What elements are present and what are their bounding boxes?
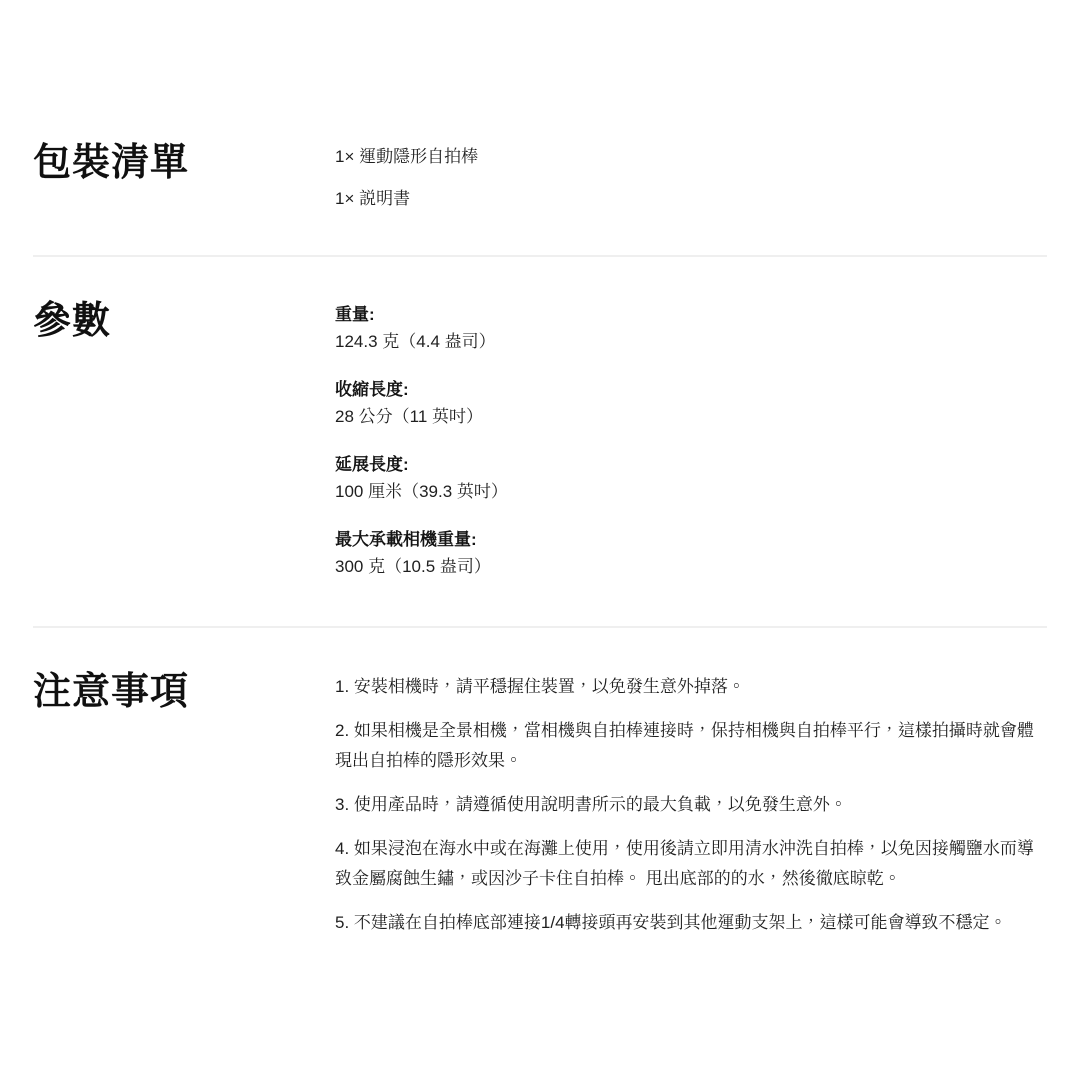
param-label: 重量: xyxy=(335,301,1047,328)
param-label: 收縮長度: xyxy=(335,376,1047,403)
param-value: 28 公分（11 英吋） xyxy=(335,403,1047,430)
packing-item: 1× 説明書 xyxy=(335,189,1047,209)
param-value: 124.3 克（4.4 盎司） xyxy=(335,328,1047,355)
param-weight: 重量: 124.3 克（4.4 盎司） xyxy=(335,301,1047,355)
param-label: 延展長度: xyxy=(335,451,1047,478)
parameters-heading: 參數 xyxy=(33,301,335,580)
packing-list: 1× 運動隱形自拍棒 1× 説明書 xyxy=(335,143,1047,209)
param-label: 最大承載相機重量: xyxy=(335,526,1047,553)
note-item: 2. 如果相機是全景相機，當相機與自拍棒連接時，保持相機與自拍棒平行，這樣拍攝時… xyxy=(335,716,1047,776)
packing-list-heading: 包裝清單 xyxy=(33,143,335,209)
param-value: 300 克（10.5 盎司） xyxy=(335,553,1047,580)
note-item: 5. 不建議在自拍棒底部連接1/4轉接頭再安裝到其他運動支架上，這樣可能會導致不… xyxy=(335,908,1047,938)
notes-list: 1. 安裝相機時，請平穩握住裝置，以免發生意外掉落。 2. 如果相機是全景相機，… xyxy=(335,672,1047,938)
note-item: 1. 安裝相機時，請平穩握住裝置，以免發生意外掉落。 xyxy=(335,672,1047,702)
param-max-camera-weight: 最大承載相機重量: 300 克（10.5 盎司） xyxy=(335,526,1047,580)
section-packing-list: 包裝清單 1× 運動隱形自拍棒 1× 説明書 xyxy=(33,143,1047,255)
section-notes: 注意事項 1. 安裝相機時，請平穩握住裝置，以免發生意外掉落。 2. 如果相機是… xyxy=(33,628,1047,984)
product-spec-page: { "page": { "background": "#ffffff", "te… xyxy=(0,0,1080,1080)
note-item: 4. 如果浸泡在海水中或在海灘上使用，使用後請立即用清水沖洗自拍棒，以免因接觸鹽… xyxy=(335,834,1047,894)
note-item: 3. 使用產品時，請遵循使用說明書所示的最大負載，以免發生意外。 xyxy=(335,790,1047,820)
param-collapsed-length: 收縮長度: 28 公分（11 英吋） xyxy=(335,376,1047,430)
section-parameters: 參數 重量: 124.3 克（4.4 盎司） 收縮長度: 28 公分（11 英吋… xyxy=(33,257,1047,626)
param-value: 100 厘米（39.3 英吋） xyxy=(335,478,1047,505)
spec-content: 包裝清單 1× 運動隱形自拍棒 1× 説明書 參數 重量: 124.3 克（4.… xyxy=(0,0,1080,984)
param-extended-length: 延展長度: 100 厘米（39.3 英吋） xyxy=(335,451,1047,505)
parameters-list: 重量: 124.3 克（4.4 盎司） 收縮長度: 28 公分（11 英吋） 延… xyxy=(335,301,1047,580)
packing-item: 1× 運動隱形自拍棒 xyxy=(335,147,1047,167)
notes-heading: 注意事項 xyxy=(33,672,335,938)
